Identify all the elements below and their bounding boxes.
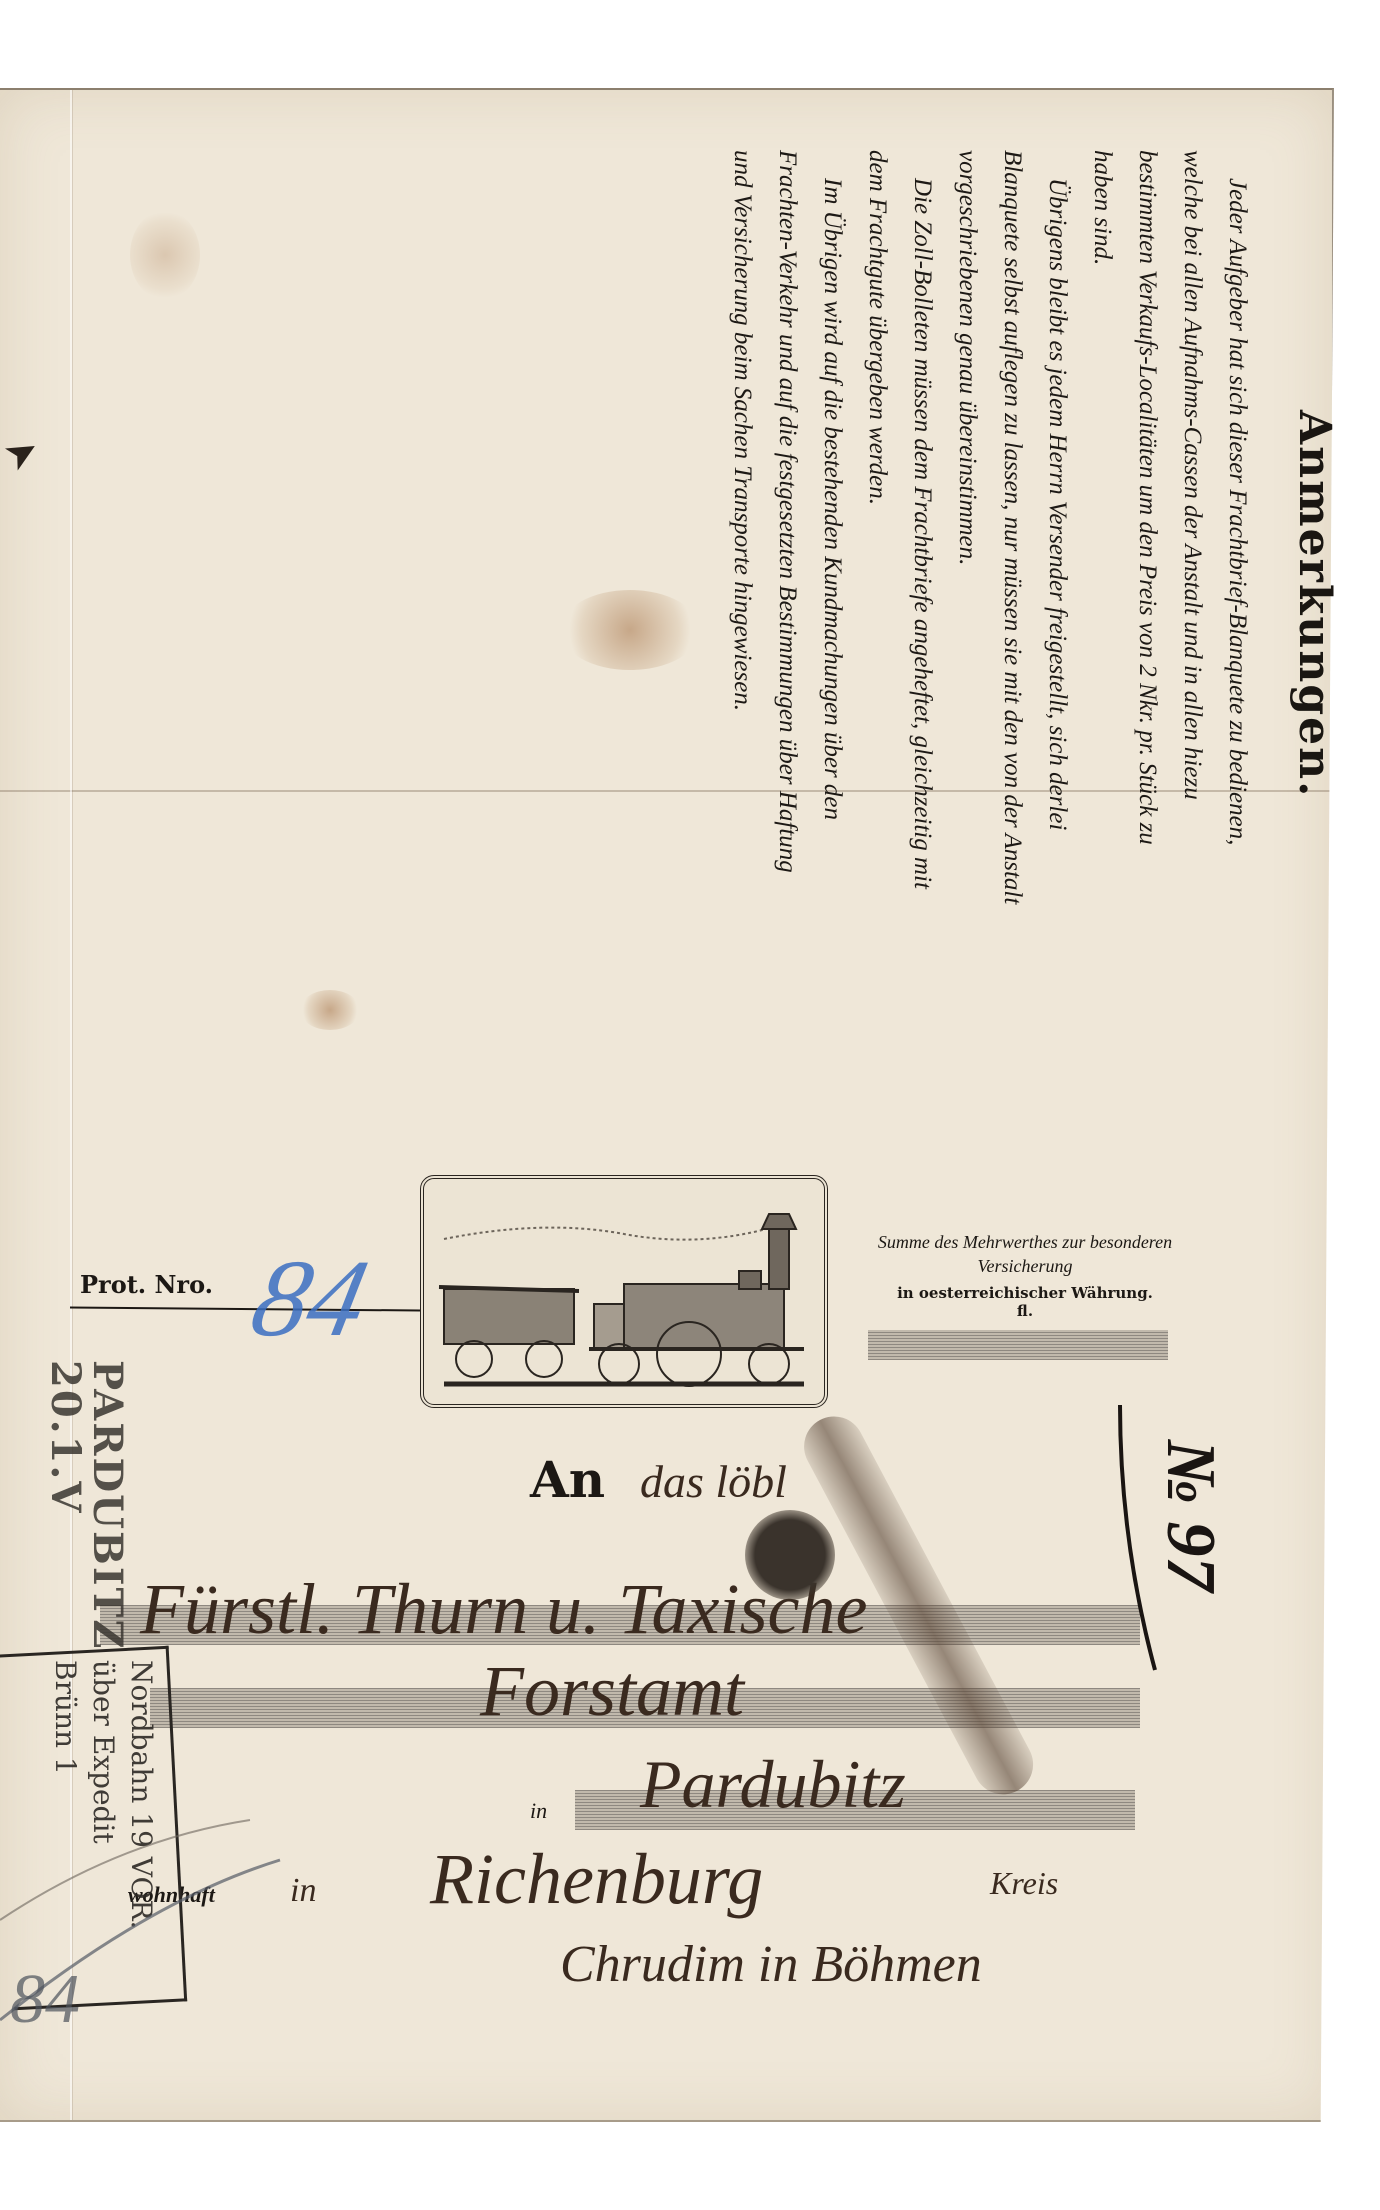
region: Chrudim in Böhmen [560,1935,982,1994]
locomotive-icon [424,1179,824,1404]
rust-spot [300,990,360,1030]
notes-paragraph: Jeder Aufgeber hat sich dieser Frachtbri… [1080,150,1260,910]
pardubitz-date-stamp: PARDUBITZ 20.1.V [44,1360,128,1651]
insurance-currency-note: in oesterreichischer Währung. [860,1284,1190,1302]
pencil-number: 84 [10,1960,80,2040]
city: Pardubitz [640,1745,906,1824]
stamp-line: über [87,1660,120,1726]
ink-blot [745,1510,835,1600]
stamp-date: 20.1.V [44,1360,86,1651]
prot-nro-label: Prot. Nro. [80,1270,213,1299]
an-label: An [530,1450,605,1509]
notes-section: Anmerkungen. Jeder Aufgeber hat sich die… [620,150,1340,1350]
recipient-line2: Forstamt [480,1650,744,1733]
notes-title: Anmerkungen. [1289,410,1340,798]
residence: Richenburg [430,1838,763,1921]
notes-paragraph: Übrigens bleibt es jedem Herrn Versender… [945,150,1080,910]
salutation: das löbl [640,1455,787,1508]
notes-paragraph: Im Übrigen wird auf die bestehenden Kund… [720,150,855,910]
insurance-value-box: Summe des Mehrwerthes zur besonderen Ver… [860,1230,1190,1320]
stamp-line: Brünn [49,1660,82,1748]
insurance-amount-field [868,1330,1168,1360]
residence-suffix: Kreis [990,1865,1058,1902]
notes-body: Jeder Aufgeber hat sich dieser Frachtbri… [720,150,1260,910]
faint-stain [130,210,200,300]
locomotive-engraving [420,1175,828,1408]
stamp-line: 1 [49,1757,82,1775]
notes-paragraph: Die Zoll-Bolleten müssen dem Frachtbrief… [855,150,945,910]
insurance-currency-unit: fl. [860,1302,1190,1320]
stamp-station: PARDUBITZ [86,1360,128,1651]
right-margin-number: № 97 [1150,1440,1230,1592]
in-label: in [530,1798,547,1824]
insurance-heading: Summe des Mehrwerthes zur besonderen Ver… [860,1230,1190,1278]
